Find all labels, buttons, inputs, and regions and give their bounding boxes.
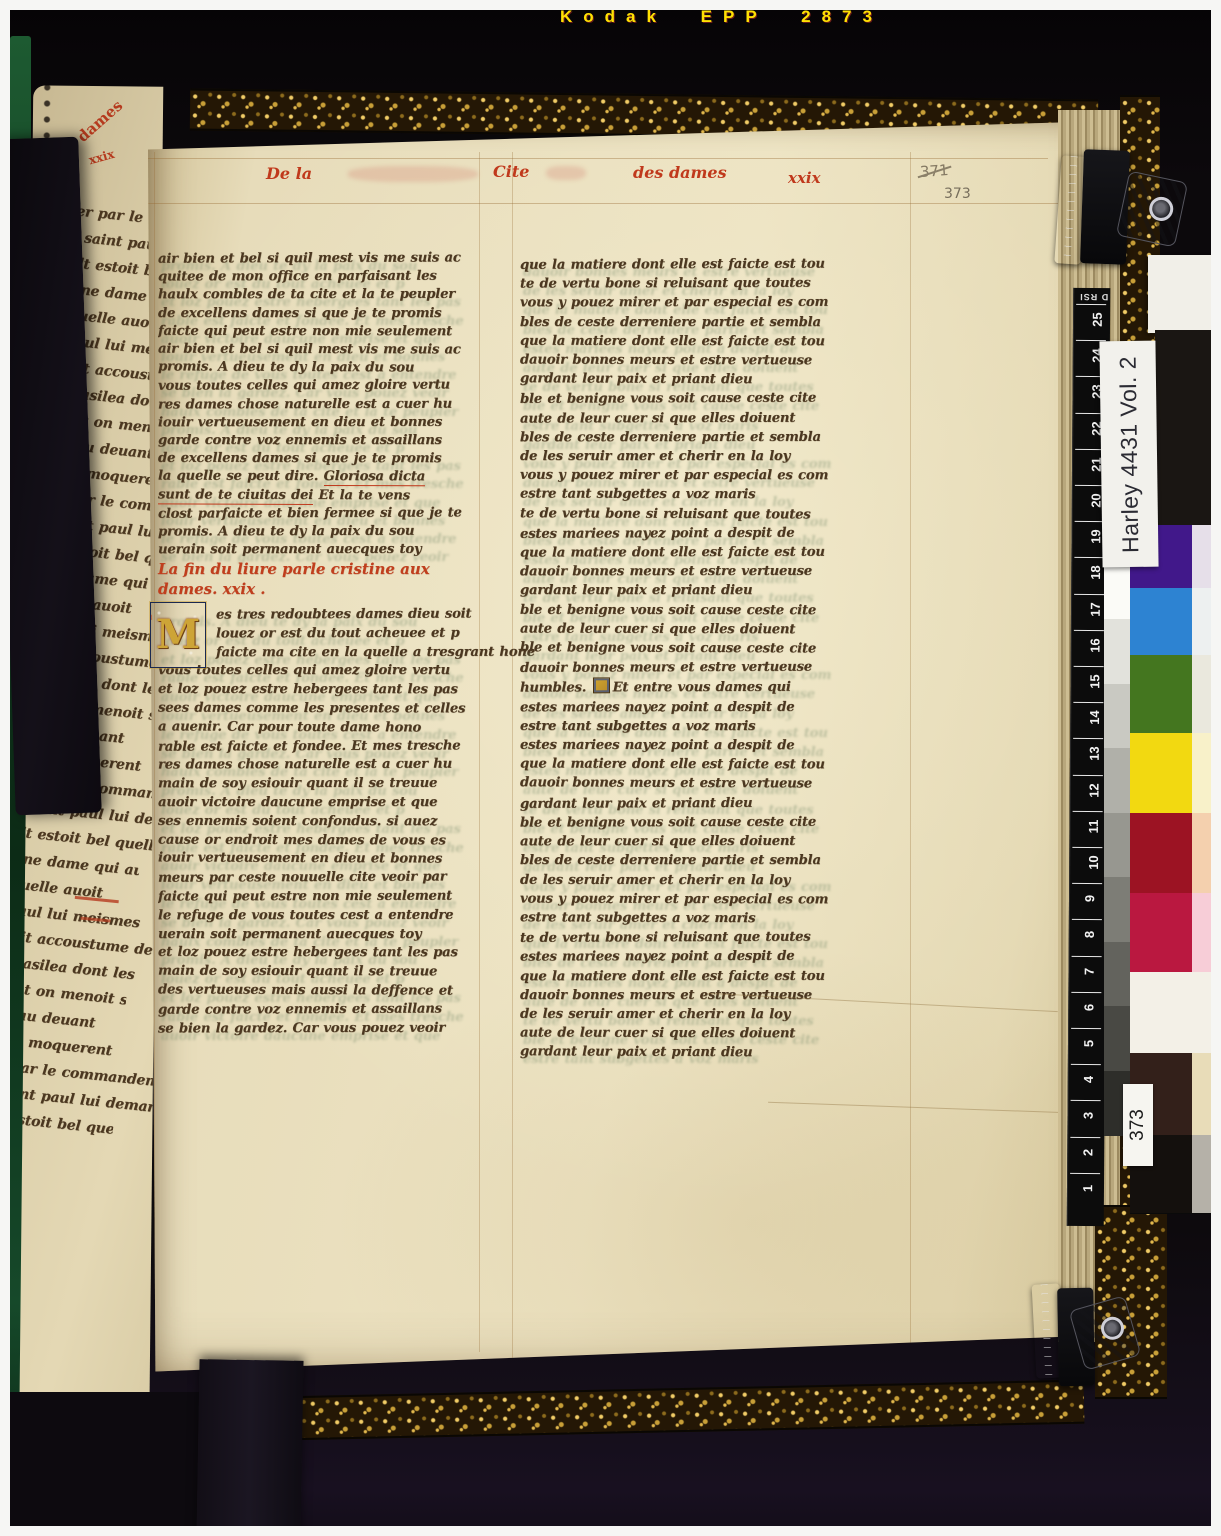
manuscript-text-line: aute de leur cuer si que elles doiuent [520,832,912,852]
manuscript-text-line: bles de ceste derreniere partie et sembl… [520,428,912,448]
parchment-scratch [768,1102,1068,1113]
manuscript-text-line: clost parfaicte et bien fermee si que je… [158,504,480,524]
manuscript-text-line: estes mariees nayez point a despit de [520,736,912,756]
ruler-tick [1075,521,1105,522]
manuscript-text-line: que la matiere dont elle est faicte est … [520,966,912,986]
manuscript-text-line: iouir vertueusement en dieu et bonnes [158,850,480,870]
patch-tint-black-small [1192,1135,1214,1214]
manuscript-text-line: res dames chose naturelle est a cuer hu [158,395,480,414]
manuscript-text-line: es tres redoubtees dames dieu soit [158,605,538,625]
shelfmark-label: Harley 4431 Vol. 2 [1099,341,1158,568]
ruler-tick [1071,1028,1101,1029]
manuscript-text-line: que la matiere dont elle est faicte est … [520,332,912,352]
ruler-number: 6 [1081,1004,1096,1011]
manuscript-text-line: sunt de te ciuitas dei Et la te vens [158,486,480,506]
grayscale-wedge [1104,555,1132,1135]
clip-eye [1147,195,1175,223]
manuscript-text-line: louez or est du tout acheuee et p [158,624,538,644]
cradle-strap-bottom [196,1359,303,1536]
manuscript-text-line: que la matiere dont elle est faicte est … [520,755,912,775]
manuscript-text-line: res dames chose naturelle est a cuer hu [158,756,480,776]
manuscript-text-line: iouir vertueusement en dieu et bonnes [158,414,480,433]
manuscript-text-line: que la matiere dont elle est faicte est … [520,542,912,562]
ruler-number: 15 [1087,674,1102,689]
running-header-right: des dames [633,163,727,182]
running-header-left: De la [266,164,312,183]
ruler-tick [1072,883,1102,884]
manuscript-text-line: se bien la gardez. Car vous pouez veoir [158,1019,480,1039]
photograph-of-manuscript: Kodak EPP 2873 dames xxix decoler par le… [0,0,1221,1536]
manuscript-text-line: aute de leur cuer si que elles doiuent [520,619,912,639]
ruler-tick [1073,774,1103,775]
patch-blue [1130,588,1192,656]
manuscript-text-line: vous y pouez mirer et par especial es co… [520,466,912,486]
manuscript-text-line: humbles. Et entre vous dames qui [520,677,912,698]
manuscript-text-line: aute de leur cuer si que elles doiuent [520,408,912,428]
patch-tint-dark-brown [1192,1053,1214,1136]
left-text-column-upper: air bien et bel si quil mest vis me suis… [158,250,480,559]
pencil-folio-number: 373 [944,186,971,202]
ruler-number: 11 [1086,819,1101,833]
manuscript-text-line: vous y pouez mirer et par especial es co… [520,889,912,909]
manuscript-text-line: gardant leur paix et priant dieu [520,1043,912,1064]
manuscript-page: De la Cite des dames xxix 371 373 promis… [148,122,1076,1374]
ruler-number: 7 [1082,967,1097,974]
manuscript-text-line: aute de leur cuer si que elles doiuent [520,1024,912,1044]
manuscript-text-line: a auenir. Car pour toute dame hono [158,718,480,738]
manuscript-text-line: de excellens dames si que je te promis [158,450,480,469]
manuscript-text-line: gardant leur paix et priant dieu [520,369,912,390]
manuscript-text-line: main de soy esiouir quant il se treuue [158,963,480,983]
manuscript-text-line: de les seruir amer et cherir en la loy [520,447,912,466]
white-card-sheets [1148,255,1216,333]
manuscript-text-line: meurs par ceste nouuelle cite veoir par [158,868,480,888]
ruler-number: 8 [1082,931,1097,938]
manuscript-text-line: air bien et bel si quil mest vis me suis… [158,341,480,360]
running-header-center: Cite [493,162,529,181]
corner-red-number: xxix [87,147,116,167]
ruling-line [148,158,1048,159]
ruler-tick [1072,847,1102,848]
gray-step [1104,1006,1132,1071]
ruler-tick [1072,919,1102,920]
manuscript-text-line: promis. A dieu te dy la paix du sou [158,359,480,379]
manuscript-text-line: bles de ceste derreniere partie et sembl… [520,851,912,870]
ruler-number: 3 [1081,1112,1096,1119]
manuscript-text-line: la quelle se peut dire. Gloriosa dicta [158,468,480,487]
ruler-number: 2 [1080,1148,1095,1155]
manuscript-text-line: uerain soit permanent auecques toy [158,541,480,560]
ruler-maker-text: D RSI [1076,292,1108,302]
manuscript-text-line: gardant leur paix et priant dieu [520,581,912,600]
patch-tint-dark-red [1192,813,1214,894]
gray-step [1104,748,1132,813]
manuscript-text-line: que la matiere dont elle est faicte est … [520,254,912,275]
patch-tint-crimson [1192,893,1214,973]
manuscript-text-line: vous toutes celles qui amez gloire vertu [158,662,480,681]
manuscript-text-line: estre tant subgettes a voz maris [520,717,912,736]
manuscript-text-line: quitee de mon office en parfaisant les [158,268,480,287]
manuscript-text-line: estre tant subgettes a voz maris [520,485,912,505]
ruler-number: 9 [1082,895,1097,902]
gray-step [1104,619,1132,684]
manuscript-text-line: auoir victoire daucune emprise et que [158,794,480,813]
ruler-tick [1074,593,1104,594]
manuscript-text-line: ses ennemis soient confondus. si auez [158,813,480,832]
manuscript-text-line: uerain soit permanent auecques toy [158,926,480,945]
ruler-tick [1073,702,1103,703]
patch-black-large [1155,330,1212,526]
manuscript-text-line: le refuge de vous toutes cest a entendre [158,907,480,926]
manuscript-text-line: rable est faicte et fondee. Et mes tresc… [158,737,480,757]
patch-tint-blue [1192,588,1214,656]
manuscript-text-line: dauoir bonnes meurs et estre vertueuse [520,774,912,795]
header-bleed-through [348,166,478,182]
ruler-tick [1074,630,1104,631]
patch-tint-purple [1192,525,1214,589]
manuscript-text-line: garde contre voz ennemis et assaillans [158,432,480,450]
manuscript-text-line: gardant leur paix et priant dieu [520,793,912,814]
illuminated-initial-M: M [150,602,206,668]
manuscript-text-line: garde contre voz ennemis et assaillans [158,1000,480,1020]
manuscript-text-line: te de vertu bone si reluisant que toutes [520,504,912,525]
ruler-number: 17 [1088,602,1103,617]
ruler-number: 25 [1090,312,1105,327]
manuscript-text-line: cause or endroit mes dames de vous es [158,831,480,851]
folio-sticker: 373 [1123,1084,1153,1166]
manuscript-text-line: bles de ceste derreniere partie et sembl… [520,313,912,332]
ruler-tick [1072,955,1102,956]
manuscript-text-line: dauoir bonnes meurs et estre vertueuse [520,986,912,1005]
manuscript-text-line: de les seruir amer et cherir en la loy [520,1005,912,1025]
ruler-tick [1074,557,1104,558]
inline-illuminated-initial [593,678,610,694]
patch-green [1130,655,1192,734]
manuscript-text-line: faicte qui peut estre non mie seulement [158,323,480,342]
ruling-line [148,203,1058,204]
ruler-number: 13 [1087,747,1102,762]
manuscript-text-line: promis. A dieu te dy la paix du sou [158,523,480,542]
manuscript-text-line: estre tant subgettes a voz maris [520,908,912,929]
manuscript-text-line: estes mariees nayez point a despit de [520,523,912,544]
ruler-tick [1075,485,1105,486]
left-text-column-lower: es tres redoubtees dames dieu soitlouez … [158,606,538,1038]
ruler-number: 12 [1086,783,1101,798]
patch-dark-red [1130,813,1192,894]
ruler-tick [1071,1064,1101,1065]
film-strip-label: Kodak EPP 2873 [560,7,1040,27]
ruler-number: 14 [1087,710,1102,725]
patch-tint-green [1192,655,1214,734]
header-bleed-through [546,166,586,180]
ruler-number: 10 [1086,855,1101,870]
manuscript-text-line: haulx combles de ta cite et la te peuple… [158,286,480,305]
ruler-number: 5 [1081,1040,1096,1047]
ruler-tick [1071,1100,1101,1101]
patch-tint-yellow [1192,733,1214,814]
patch-crimson [1130,893,1192,973]
manuscript-text-line: de les seruir amer et cherir en la loy [520,870,912,890]
ruler-number: 19 [1088,529,1103,544]
manuscript-text-line: des vertueuses mais aussi la deffence et [158,981,480,1001]
ruler-tick [1073,738,1103,739]
pencil-old-folio-number: 371 [919,161,949,181]
right-text-column: que la matiere dont elle est faicte est … [520,255,912,1063]
manuscript-text-line: main de soy esiouir quant il se treuue [158,775,480,794]
clip-eye [1098,1314,1126,1342]
chapter-number: xxix [788,169,821,187]
manuscript-text-line: air bien et bel si quil mest vis me suis… [158,249,480,269]
manuscript-text-line: ble et benigne vous soit cause ceste cit… [520,638,912,659]
gray-step [1104,877,1132,942]
gray-step [1104,813,1132,878]
ruler-tick [1070,1173,1100,1174]
manuscript-text-line: faicte ma cite en la quelle a tresgrant … [158,643,538,662]
ruler-tick [1071,992,1101,993]
manuscript-text-line: et loz pouez estre hebergees tant les pa… [158,681,480,700]
ruler-number: 16 [1087,638,1102,653]
rubric-line: La fin du liure parle cristine aux [158,559,480,579]
manuscript-text-line: te de vertu bone si reluisant que toutes [520,927,912,948]
manuscript-text-line: dauoir bonnes meurs et estre vertueuse [520,562,912,582]
ruler-tick [1073,811,1103,812]
ruler-number: 4 [1081,1076,1096,1083]
ruler-tick [1070,1136,1100,1137]
manuscript-text-line: ble et benigne vous soit cause ceste cit… [520,389,912,410]
manuscript-text-line: sees dames comme les presentes et celles [158,700,480,720]
manuscript-text-line: dauoir bonnes meurs et estre vertueuse [520,657,912,678]
gray-step [1104,684,1132,749]
manuscript-text-line: ble et benigne vous soit cause ceste cit… [520,600,912,620]
patch-white [1130,972,1221,1054]
manuscript-text-line: dauoir bonnes meurs et estre vertueuse [520,350,912,370]
manuscript-text-line: et loz pouez estre hebergees tant les pa… [158,944,480,963]
manuscript-text-line: te de vertu bone si reluisant que toutes [520,274,912,294]
patch-yellow [1130,733,1192,814]
rubric-line: dames. xxix . [158,579,480,599]
manuscript-text-line: ble et benigne vous soit cause ceste cit… [520,812,912,832]
manuscript-text-line: faicte qui peut estre non mie seulement [158,888,480,908]
manuscript-text-line: estes mariees nayez point a despit de [520,947,912,967]
manuscript-text-line: vous toutes celles qui amez gloire vertu [158,377,480,397]
ruler-number: 18 [1088,566,1103,581]
ruler-tick [1074,666,1104,667]
corner-red-word: dames [74,96,126,145]
manuscript-text-line: vous y pouez mirer et par especial es co… [520,293,912,313]
manuscript-text-line: de excellens dames si que je te promis [158,305,480,323]
color-calibration-bar: D RSI 2524232221201918171615141312111098… [1050,85,1220,1415]
ruler-number: 1 [1080,1185,1095,1192]
rubric: La fin du liure parle cristine aux dames… [158,559,480,599]
manuscript-text-line: estes mariees nayez point a despit de [520,697,912,717]
gray-step [1104,942,1132,1007]
ruler-tick [1076,304,1106,305]
